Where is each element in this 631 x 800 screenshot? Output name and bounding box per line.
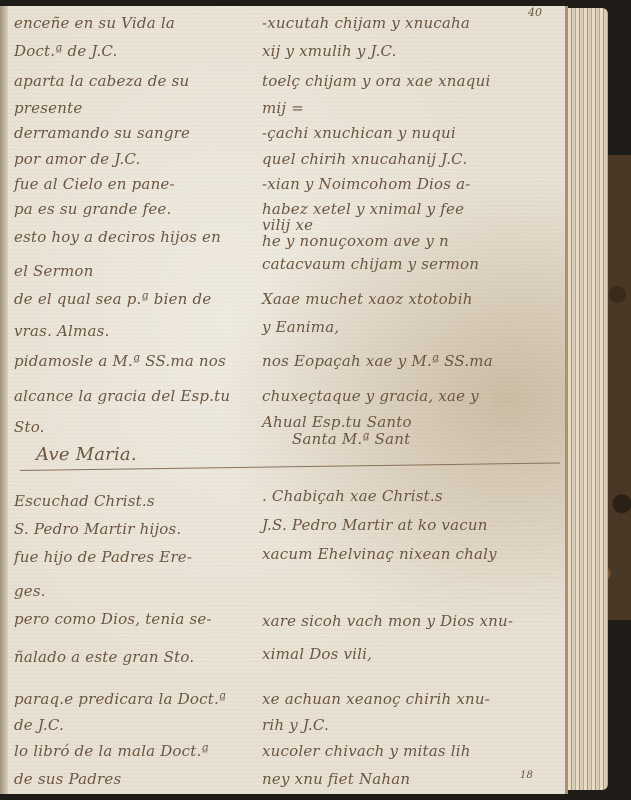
manuscript-line: xe achuan xeanoç chirih xnu- [262, 690, 490, 708]
manuscript-line: esto hoy a deciros hijos en [14, 228, 221, 246]
manuscript-line: alcance la gracia del Esp.tu [14, 387, 230, 405]
manuscript-line: pidamosle a M.ª SS.ma nos [14, 352, 226, 370]
manuscript-line: lo libró de la mala Doct.ª [14, 742, 209, 760]
manuscript-line: de J.C. [14, 716, 64, 734]
manuscript-line: y Eanima, [262, 318, 339, 336]
manuscript-line: chuxeçtaque y gracia, xae y [262, 387, 479, 405]
manuscript-line: xucoler chivach y mitas lih [262, 742, 471, 760]
binding-gutter [0, 6, 8, 794]
manuscript-line: de el qual sea p.ª bien de [14, 290, 211, 308]
manuscript-line: xare sicoh vach mon y Dios xnu- [262, 612, 513, 630]
manuscript-line: he y nonuçoxom ave y n [262, 232, 449, 250]
manuscript-line: . Chabiçah xae Christ.s [262, 487, 443, 505]
manuscript-line: presente [14, 99, 82, 117]
manuscript-line: -xucutah chijam y xnucaha [262, 14, 470, 32]
manuscript-line: Escuchad Christ.s [14, 492, 155, 510]
manuscript-line: -çachi xnuchican y nuqui [262, 124, 456, 142]
folio-number: 40 [528, 6, 542, 19]
manuscript-line: S. Pedro Martir hijos. [14, 520, 181, 538]
manuscript-line: el Sermon [14, 262, 93, 280]
manuscript-line: fue hijo de Padres Ere- [14, 548, 192, 566]
manuscript-line: mij = [262, 99, 304, 117]
manuscript-line: toelç chijam y ora xae xnaqui [262, 72, 490, 90]
manuscript-line: quel chirih xnucahanij J.C. [262, 150, 467, 168]
manuscript-line: paraq.e predicara la Doct.ª [14, 690, 226, 708]
manuscript-line: Doct.ª de J.C. [14, 42, 118, 60]
manuscript-line: ney xnu fiet Nahan [262, 770, 410, 788]
manuscript-line: ximal Dos vili, [262, 645, 372, 663]
manuscript-line: pero como Dios, tenia se- [14, 610, 212, 628]
manuscript-line: derramando su sangre [14, 124, 190, 142]
manuscript-line: Sto. [14, 418, 45, 436]
manuscript-line: Xaae muchet xaoz xtotobih [262, 290, 473, 308]
manuscript-line: ñalado a este gran Sto. [14, 648, 194, 666]
manuscript-line: por amor de J.C. [14, 150, 140, 168]
manuscript-line: pa es su grande fee. [14, 200, 171, 218]
heading-ave-maria: Ave Maria. [36, 444, 137, 465]
manuscript-line: catacvaum chijam y sermon [262, 255, 479, 273]
manuscript-line: xacum Ehelvinaç nixean chaly [262, 545, 497, 563]
manuscript-line: nos Eopaçah xae y M.ª SS.ma [262, 352, 493, 370]
manuscript-line: rih y J.C. [262, 716, 329, 734]
manuscript-line: fue al Cielo en pane- [14, 175, 175, 193]
manuscript-line: aparta la cabeza de su [14, 72, 189, 90]
corner-mark: 18 [520, 770, 533, 781]
manuscript-line: de sus Padres [14, 770, 121, 788]
manuscript-line: -xian y Noimcohom Dios a- [262, 175, 471, 193]
manuscript-line: xij y xmulih y J.C. [262, 42, 397, 60]
manuscript-line: Ahual Esp.tu Santo [262, 413, 412, 431]
manuscript-line: J.S. Pedro Martir at ko vacun [262, 516, 488, 534]
manuscript-line: vras. Almas. [14, 322, 109, 340]
manuscript-line: enceñe en su Vida la [14, 14, 175, 32]
heading-santa-maria: Santa M.ª Sant [292, 430, 410, 448]
manuscript-line: ges. [14, 582, 46, 600]
